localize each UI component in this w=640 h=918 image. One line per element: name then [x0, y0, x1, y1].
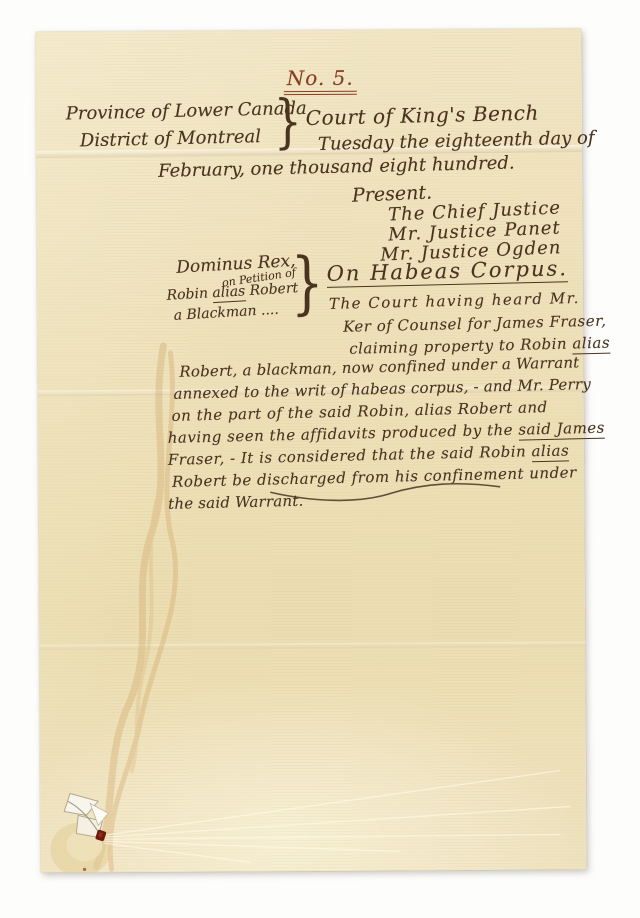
- radiating-creases: [104, 770, 571, 863]
- water-stain: [93, 346, 177, 869]
- cause-brace: }: [291, 250, 324, 318]
- document-page: No. 5. Province of Lower Canada District…: [35, 28, 586, 872]
- left-caption-brace: }: [274, 92, 302, 150]
- body-line: the said Warrant.: [168, 492, 304, 513]
- scan-background: No. 5. Province of Lower Canada District…: [0, 0, 640, 918]
- jurisdiction-line-2: District of Montreal: [80, 126, 262, 151]
